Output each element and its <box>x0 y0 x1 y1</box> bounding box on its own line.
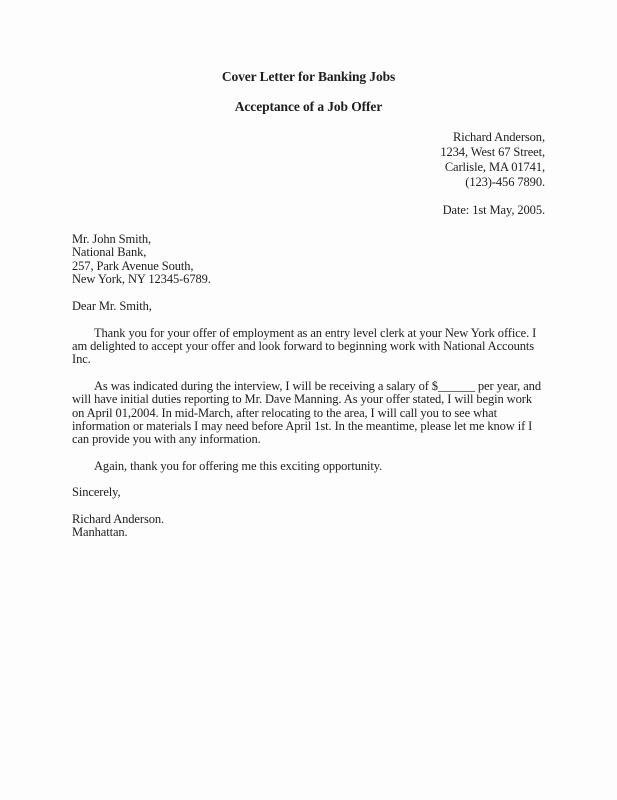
recipient-name: Mr. John Smith, <box>72 233 545 246</box>
valediction: Sincerely, <box>72 486 545 499</box>
recipient-company: National Bank, <box>72 246 545 259</box>
signature-location: Manhattan. <box>72 526 545 539</box>
signature-block: Richard Anderson. Manhattan. <box>72 513 545 540</box>
signature-name: Richard Anderson. <box>72 513 545 526</box>
date-line: Date: 1st May, 2005. <box>72 203 545 218</box>
body-paragraph-3: Again, thank you for offering me this ex… <box>72 460 545 473</box>
body-paragraph-1: Thank you for your offer of employment a… <box>72 327 545 367</box>
sender-address-block: Richard Anderson, 1234, West 67 Street, … <box>72 130 545 190</box>
recipient-city: New York, NY 12345-6789. <box>72 273 545 286</box>
recipient-address-block: Mr. John Smith, National Bank, 257, Park… <box>72 233 545 286</box>
sender-phone: (123)-456 7890. <box>72 175 545 190</box>
letter-subtitle: Acceptance of a Job Offer <box>72 100 545 114</box>
body-paragraph-2: As was indicated during the interview, I… <box>72 380 545 447</box>
sender-street: 1234, West 67 Street, <box>72 145 545 160</box>
recipient-street: 257, Park Avenue South, <box>72 260 545 273</box>
salutation: Dear Mr. Smith, <box>72 300 545 313</box>
letter-page: Cover Letter for Banking Jobs Acceptance… <box>0 0 617 800</box>
letter-title: Cover Letter for Banking Jobs <box>72 70 545 84</box>
sender-city: Carlisle, MA 01741, <box>72 160 545 175</box>
sender-name: Richard Anderson, <box>72 130 545 145</box>
